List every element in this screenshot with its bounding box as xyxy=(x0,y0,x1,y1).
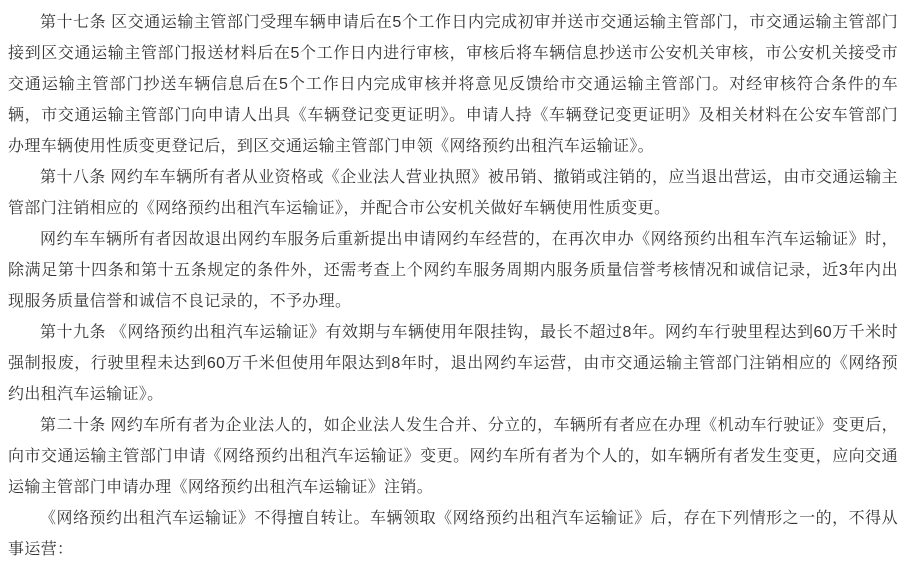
paragraph-article-18-reapply-clause: 网约车车辆所有者因故退出网约车服务后重新提出申请网约车经营的，在再次申办《网络预… xyxy=(8,224,898,317)
paragraph-article-17: 第十七条 区交通运输主管部门受理车辆申请后在5个工作日内完成初审并送市交通运输主… xyxy=(8,7,898,162)
paragraph-article-20: 第二十条 网约车所有者为企业法人的，如企业法人发生合并、分立的，车辆所有者应在办… xyxy=(8,410,898,503)
paragraph-transfer-prohibition: 《网络预约出租汽车运输证》不得擅自转让。车辆领取《网络预约出租汽车运输证》后，存… xyxy=(8,503,898,565)
paragraph-article-19: 第十九条 《网络预约出租汽车运输证》有效期与车辆使用年限挂钩，最长不超过8年。网… xyxy=(8,317,898,410)
document-body: 第十七条 区交通运输主管部门受理车辆申请后在5个工作日内完成初审并送市交通运输主… xyxy=(0,0,907,565)
paragraph-article-18: 第十八条 网约车车辆所有者从业资格或《企业法人营业执照》被吊销、撤销或注销的，应… xyxy=(8,162,898,224)
